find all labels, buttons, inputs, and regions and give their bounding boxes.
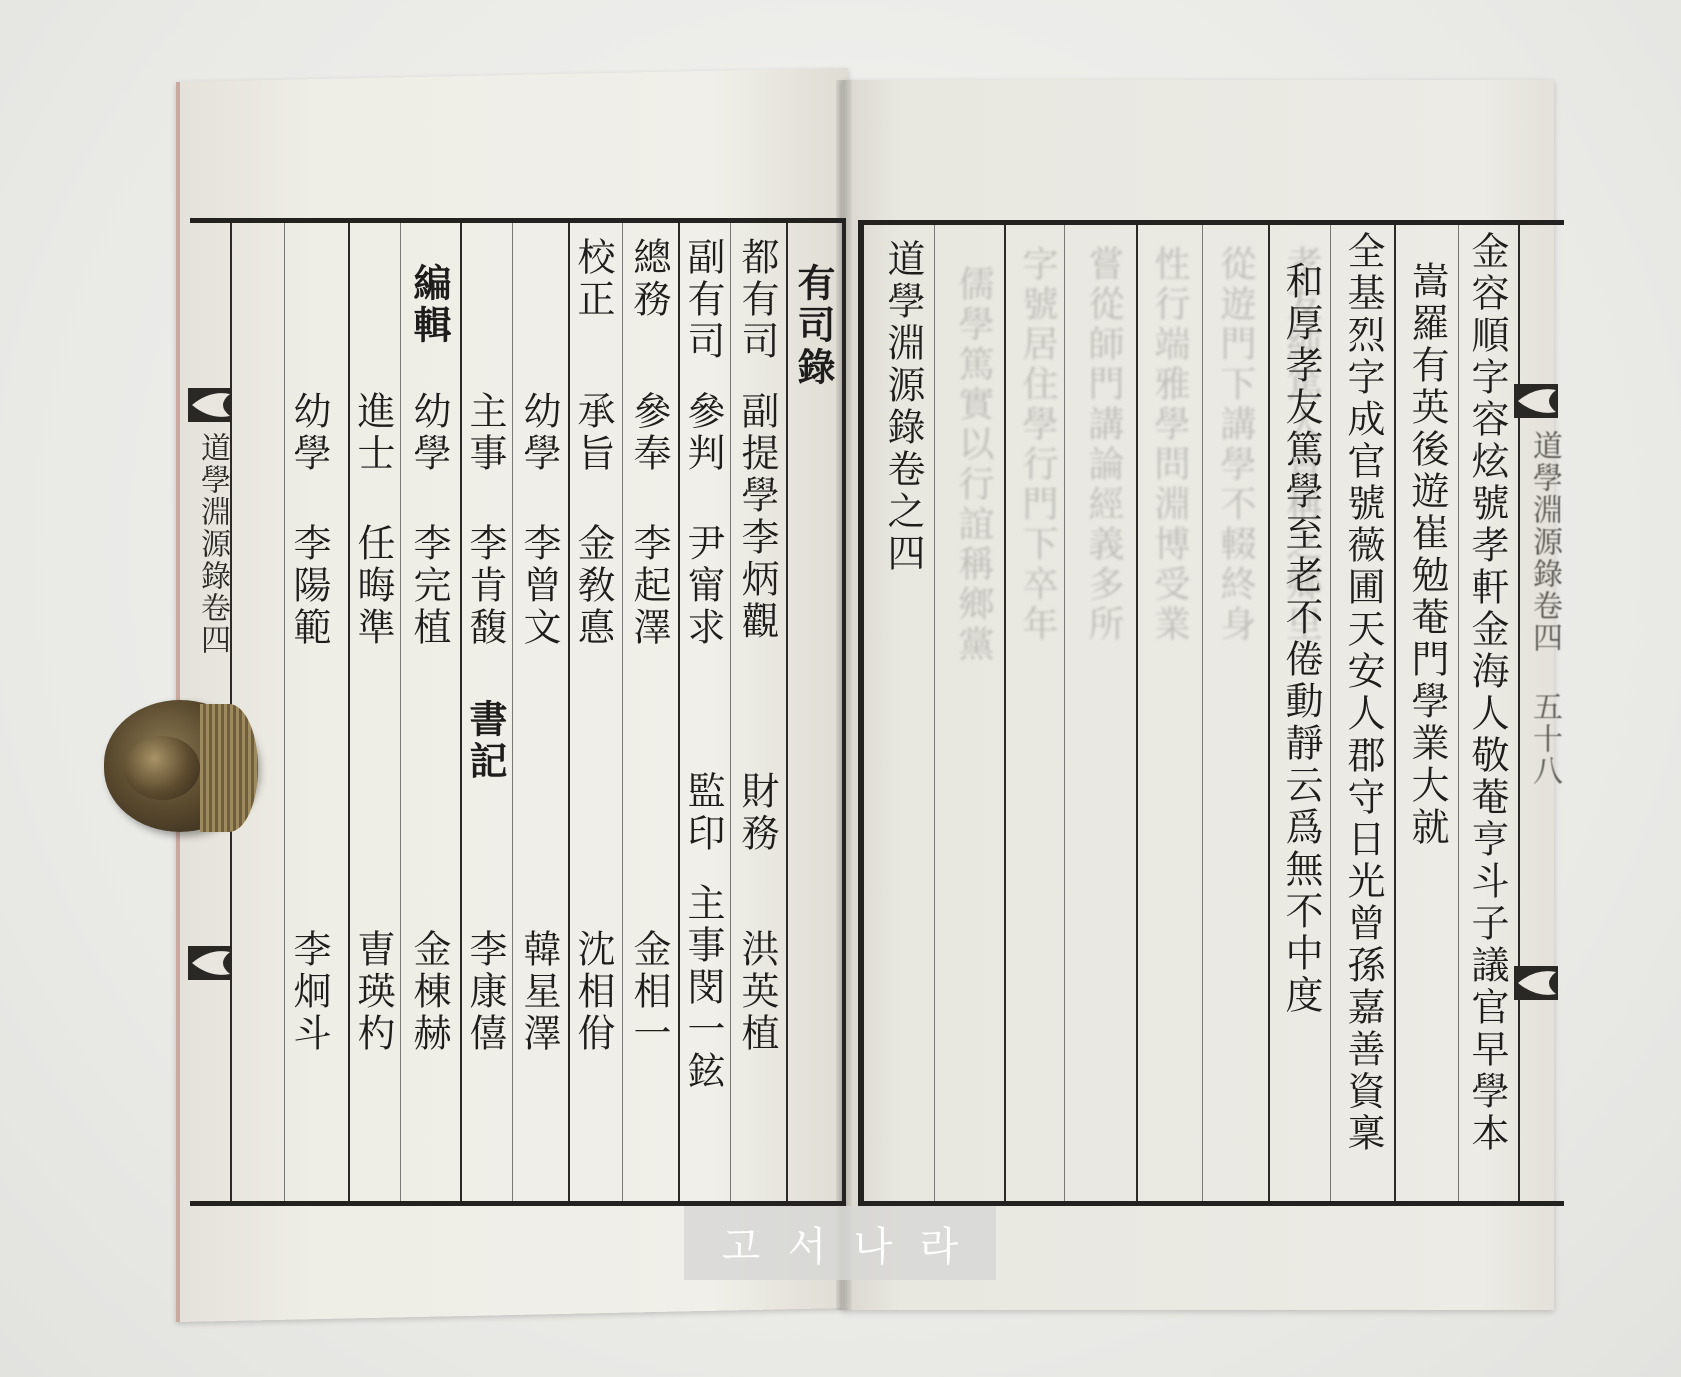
- fishtail-marker-icon: [1512, 962, 1562, 1004]
- column-entry: 幼學 李曾文: [516, 391, 562, 649]
- bleed-through-text: 性行端雅學問淵博受業: [1146, 245, 1192, 645]
- column-rule: [1064, 225, 1065, 1201]
- fishtail-marker-icon: [1512, 380, 1562, 422]
- column-heading: 編輯: [406, 263, 452, 347]
- column-rule: [786, 223, 788, 1201]
- text-column: 全基烈字成官號薇圃天安人郡守日光曾孫嘉善資稟: [1340, 231, 1386, 1155]
- column-entry: 主事 李肯馥: [462, 391, 508, 649]
- left-page-frame: 有司錄 都有司 副提學李炳觀 財務 洪英植 副有司 參判 尹甯求 監印 主事閔一…: [190, 218, 846, 1206]
- column-name: 韓星澤: [516, 929, 562, 1055]
- section-title: 有司錄: [790, 263, 836, 389]
- column-rule: [400, 223, 401, 1201]
- column-heading: 副有司: [680, 237, 726, 363]
- right-page-frame: 儒學篤實以行誼稱鄉黨 字號居住學行門下卒年 嘗從師門講論經義多所 性行端雅學問淵…: [858, 220, 1564, 1206]
- bleed-through-text: 字號居住學行門下卒年: [1014, 245, 1060, 645]
- column-entry: 副提學李炳觀: [734, 391, 780, 643]
- column-rule: [1136, 225, 1138, 1201]
- column-name: 李康僖: [462, 929, 508, 1055]
- column-subheading: 書記: [462, 699, 508, 783]
- fishtail-marker-icon: [186, 942, 236, 984]
- bleed-through-text: 嘗從師門講論經義多所: [1080, 245, 1126, 645]
- spine-title-left: 道學淵源錄卷四: [194, 432, 230, 656]
- brass-weight-knob: [124, 736, 200, 800]
- brass-weight-rim: [200, 704, 258, 832]
- text-column: 和厚孝友篤學至老不倦動靜云爲無不中度: [1278, 261, 1324, 1017]
- column-entry: 參判 尹甯求: [680, 391, 726, 649]
- fishtail-marker-icon: [186, 384, 236, 426]
- watermark-char: 나: [854, 1215, 893, 1272]
- column-heading: 總務: [626, 237, 672, 321]
- column-rule: [1268, 225, 1270, 1201]
- column-rule: [622, 223, 623, 1201]
- watermark-char: 라: [920, 1215, 959, 1272]
- column-name: 洪英植: [734, 929, 780, 1055]
- column-rule: [1202, 225, 1203, 1201]
- bleed-through-text: 從遊門下講學不輟終身: [1212, 245, 1258, 645]
- volume-label: 道學淵源錄卷之四: [880, 239, 926, 575]
- column-rule: [512, 223, 513, 1201]
- column-rule: [284, 223, 285, 1201]
- column-entry: 參奉 李起澤: [626, 391, 672, 649]
- column-name: 曺瑛杓: [350, 929, 396, 1055]
- column-heading: 校正: [570, 237, 616, 321]
- column-name: 沈相佾: [570, 929, 616, 1055]
- column-name: 李炯斗: [286, 929, 332, 1055]
- column-entry: 幼學 李陽範: [286, 391, 332, 649]
- column-rule: [730, 223, 731, 1201]
- text-column: 金容順字容炫號孝軒金海人敬菴亨斗子議官早學本: [1464, 231, 1510, 1155]
- column-rule: [1458, 225, 1459, 1201]
- watermark-char: 서: [788, 1215, 827, 1272]
- column-rule: [1330, 225, 1331, 1201]
- column-rule: [1518, 225, 1520, 1201]
- column-rule: [1004, 225, 1006, 1201]
- spine-title-right: 道學淵源錄卷四 五十八: [1526, 430, 1562, 787]
- column-name: 金相一: [626, 929, 672, 1055]
- column-rule: [934, 225, 935, 1201]
- column-name: 主事閔一鉉: [680, 883, 726, 1093]
- watermark-char: 고: [722, 1215, 761, 1272]
- text-column: 嵩羅有英後遊崔勉菴門學業大就: [1404, 261, 1450, 849]
- column-entry: 承旨 金敎悳: [570, 391, 616, 649]
- column-entry: 幼學 李完植: [406, 391, 452, 649]
- column-name: 金棟赫: [406, 929, 452, 1055]
- column-rule: [1394, 225, 1396, 1201]
- column-entry: 進士 任晦準: [350, 391, 396, 649]
- column-subheading: 監印: [680, 771, 726, 855]
- watermark: 고 서 나 라: [684, 1206, 996, 1280]
- column-heading: 都有司: [734, 237, 780, 363]
- column-subheading: 財務: [734, 771, 780, 855]
- bleed-through-text: 儒學篤實以行誼稱鄉黨: [950, 265, 996, 665]
